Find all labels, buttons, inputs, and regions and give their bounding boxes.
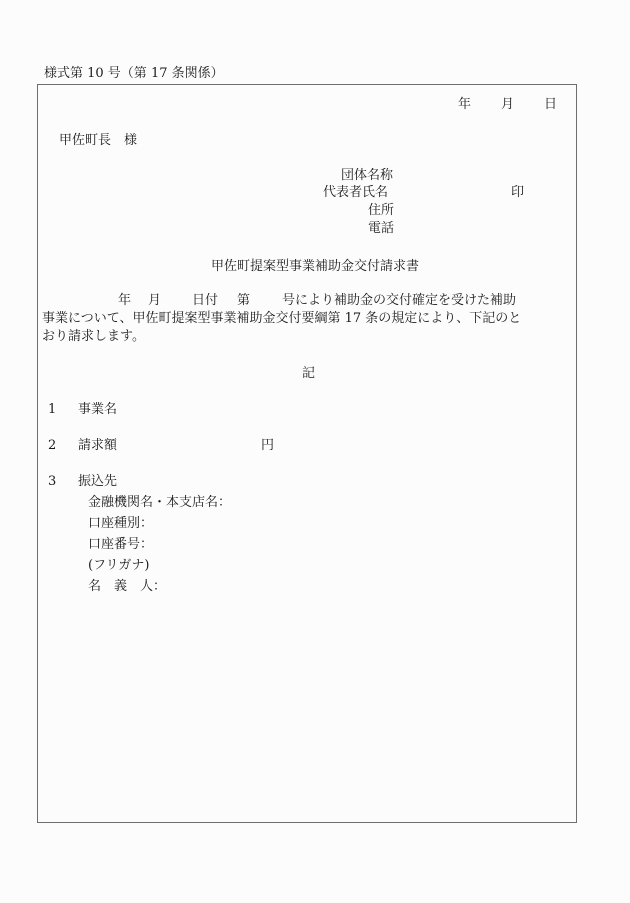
body-month: 月	[148, 293, 161, 309]
address-label: 住所	[368, 203, 394, 219]
item-label: 請求額	[78, 438, 117, 453]
group-name-label: 団体名称	[341, 168, 393, 184]
body-no: 第	[237, 293, 250, 309]
item-number: 3	[48, 474, 78, 490]
note-heading: 記	[302, 366, 315, 382]
body-line1-rest: 号により補助金の交付確定を受けた補助	[282, 293, 516, 309]
item-label: 事業名	[78, 402, 117, 417]
phone-label: 電話	[368, 221, 394, 237]
body-day: 日付	[192, 293, 218, 309]
account-holder-label: 名 義 人：	[88, 579, 166, 595]
document-title: 甲佐町提案型事業補助金交付請求書	[0, 259, 630, 275]
yen-unit: 円	[261, 438, 274, 454]
item-transfer-destination: 3振込先	[48, 474, 117, 490]
account-type-label: 口座種別：	[88, 516, 153, 532]
seal-label: 印	[511, 185, 524, 201]
addressee: 甲佐町長 様	[59, 133, 137, 149]
item-project-name: 1事業名	[48, 402, 117, 418]
item-number: 1	[48, 402, 78, 418]
item-claim-amount: 2請求額	[48, 438, 117, 454]
form-number-label: 様式第 10 号（第 17 条関係）	[44, 66, 224, 82]
date-month-label: 月	[501, 97, 514, 113]
item-label: 振込先	[78, 474, 117, 489]
body-line3: おり請求します。	[42, 329, 145, 345]
bank-institution-label: 金融機関名・本支店名：	[88, 495, 231, 511]
form-frame	[37, 84, 577, 823]
representative-label: 代表者氏名	[323, 185, 388, 201]
body-year: 年	[118, 293, 131, 309]
item-number: 2	[48, 438, 78, 454]
date-day-label: 日	[544, 97, 557, 113]
body-line2: 事業について、甲佐町提案型事業補助金交付要綱第 17 条の規定により、下記のと	[42, 311, 521, 327]
date-year-label: 年	[458, 97, 471, 113]
account-number-label: 口座番号：	[88, 537, 153, 553]
furigana-label: (フリガナ)	[88, 558, 150, 574]
